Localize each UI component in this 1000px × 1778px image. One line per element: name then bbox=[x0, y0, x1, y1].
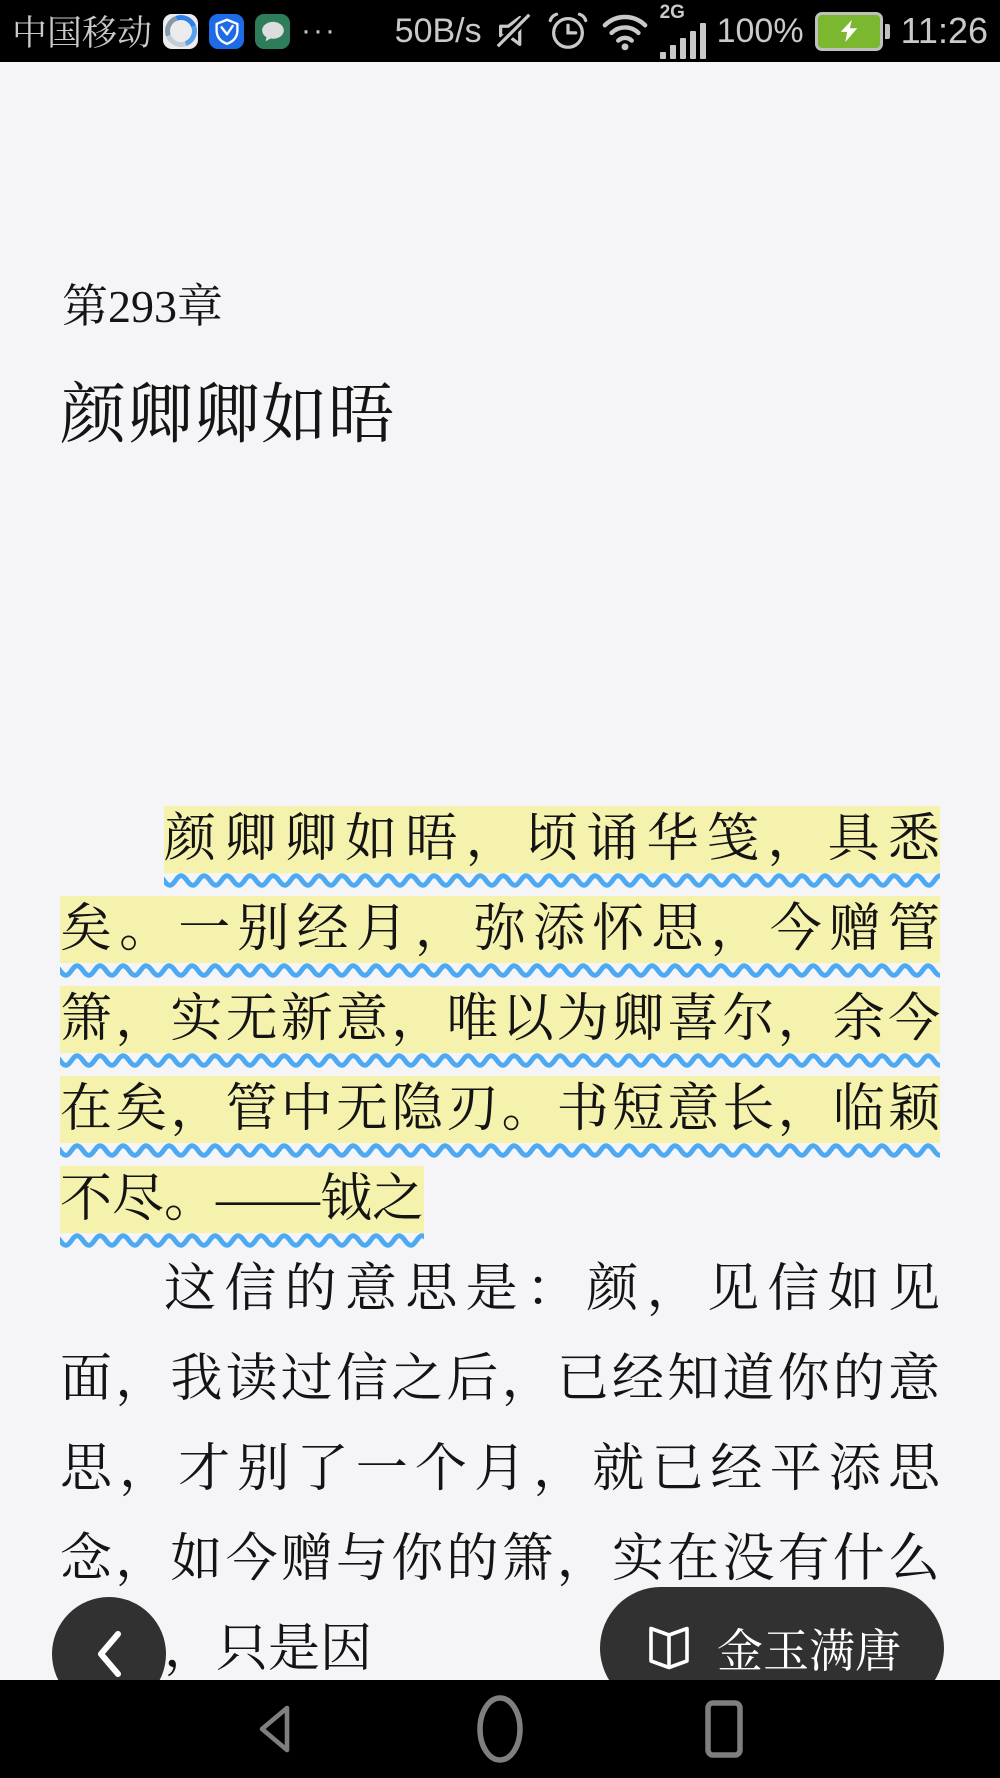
android-nav-bar bbox=[0, 1680, 1000, 1778]
charging-bolt-icon bbox=[838, 18, 860, 44]
network-speed-label: 50B/s bbox=[395, 12, 482, 51]
signal-bars-icon: 2G bbox=[660, 3, 706, 59]
carrier-label: 中国移动 bbox=[12, 6, 152, 56]
chapter-title: 颜卿卿如晤 bbox=[60, 378, 395, 454]
battery-body bbox=[815, 12, 883, 51]
browser-app-icon bbox=[163, 14, 198, 49]
signal-bars bbox=[660, 23, 706, 59]
status-bar: 中国移动 ··· 50B/s 2G 10 bbox=[0, 0, 1000, 62]
nav-recents-icon[interactable] bbox=[698, 1691, 750, 1767]
chevron-left-icon bbox=[89, 1625, 129, 1683]
messenger-app-icon bbox=[255, 14, 290, 49]
chat-bubble-icon bbox=[258, 16, 288, 46]
mute-icon bbox=[493, 10, 535, 52]
notification-overflow-dots: ··· bbox=[301, 14, 337, 48]
chapter-number: 第293章 bbox=[62, 282, 223, 333]
battery-nub bbox=[885, 24, 890, 39]
alarm-icon bbox=[546, 9, 590, 53]
book-title-label: 金玉满唐 bbox=[717, 1615, 901, 1681]
browser-ring-glyph bbox=[159, 10, 202, 53]
network-type-label: 2G bbox=[660, 3, 685, 22]
wifi-icon bbox=[601, 10, 649, 52]
reader-body: 颜卿卿如晤，顷诵华笺，具悉矣。一别经月，弥添怀思，今赠管箫，实无新意，唯以为卿喜… bbox=[60, 795, 940, 1695]
nav-back-icon[interactable] bbox=[250, 1691, 302, 1767]
battery-percent-label: 100% bbox=[717, 12, 804, 51]
nav-home-icon[interactable] bbox=[474, 1691, 526, 1767]
shield-icon bbox=[212, 16, 242, 46]
paragraph-highlighted: 颜卿卿如晤，顷诵华笺，具悉矣。一别经月，弥添怀思，今赠管箫，实无新意，唯以为卿喜… bbox=[60, 795, 940, 1245]
open-book-icon bbox=[643, 1624, 695, 1672]
highlighted-passage[interactable]: 颜卿卿如晤，顷诵华笺，具悉矣。一别经月，弥添怀思，今赠管箫，实无新意，唯以为卿喜… bbox=[60, 806, 940, 1233]
battery-icon bbox=[815, 12, 890, 51]
security-app-icon bbox=[209, 14, 244, 49]
clock-label: 11:26 bbox=[901, 10, 988, 52]
